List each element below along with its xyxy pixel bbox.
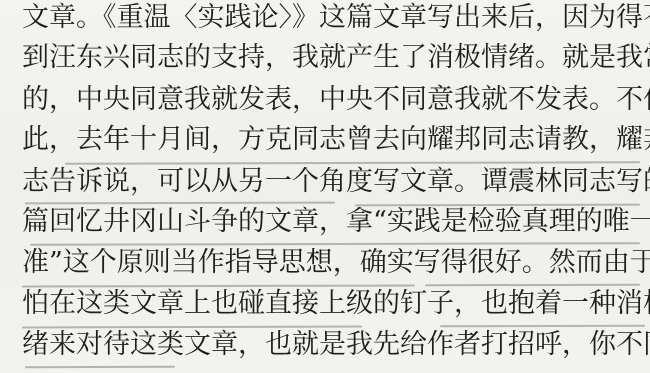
text-line-5: 志告诉说，可以从另一个角度写文章。谭震林同志写的那: [22, 165, 642, 199]
text-line-4: 此，去年十月间，方克同志曾去向耀邦同志请教，耀邦同: [22, 123, 642, 157]
text-line-6: 篇回忆井冈山斗争的文章，拿“实践是检验真理的唯一标: [22, 205, 642, 239]
scanned-document-page: 文章。《重温〈实践论〉》这篇文章写出来后，因为得不 到汪东兴同志的支持，我就产生…: [0, 0, 650, 373]
pencil-underline: [440, 325, 645, 327]
pencil-underline: [25, 366, 175, 368]
text-line-7: 准”这个原则当作指导思想，确实写得很好。然而由于我: [22, 246, 642, 280]
pencil-underline: [425, 284, 640, 286]
pencil-underline: [65, 161, 640, 164]
text-line-1: 文章。《重温〈实践论〉》这篇文章写出来后，因为得不: [22, 1, 642, 35]
text-line-9: 绪来对待这类文章，也就是我先给作者打招呼，你不同意: [22, 328, 642, 362]
pencil-underline: [30, 242, 640, 245]
pencil-underline: [25, 202, 335, 204]
text-line-2: 到汪东兴同志的支持，我就产生了消极情绪。就是我常说: [22, 41, 642, 75]
text-line-8: 怕在这类文章上也碰直接上级的钉子，也抱着一种消极情: [22, 287, 642, 321]
text-line-3: 的，中央同意我就发表，中央不同意我就不发表。不仅如: [22, 83, 642, 117]
